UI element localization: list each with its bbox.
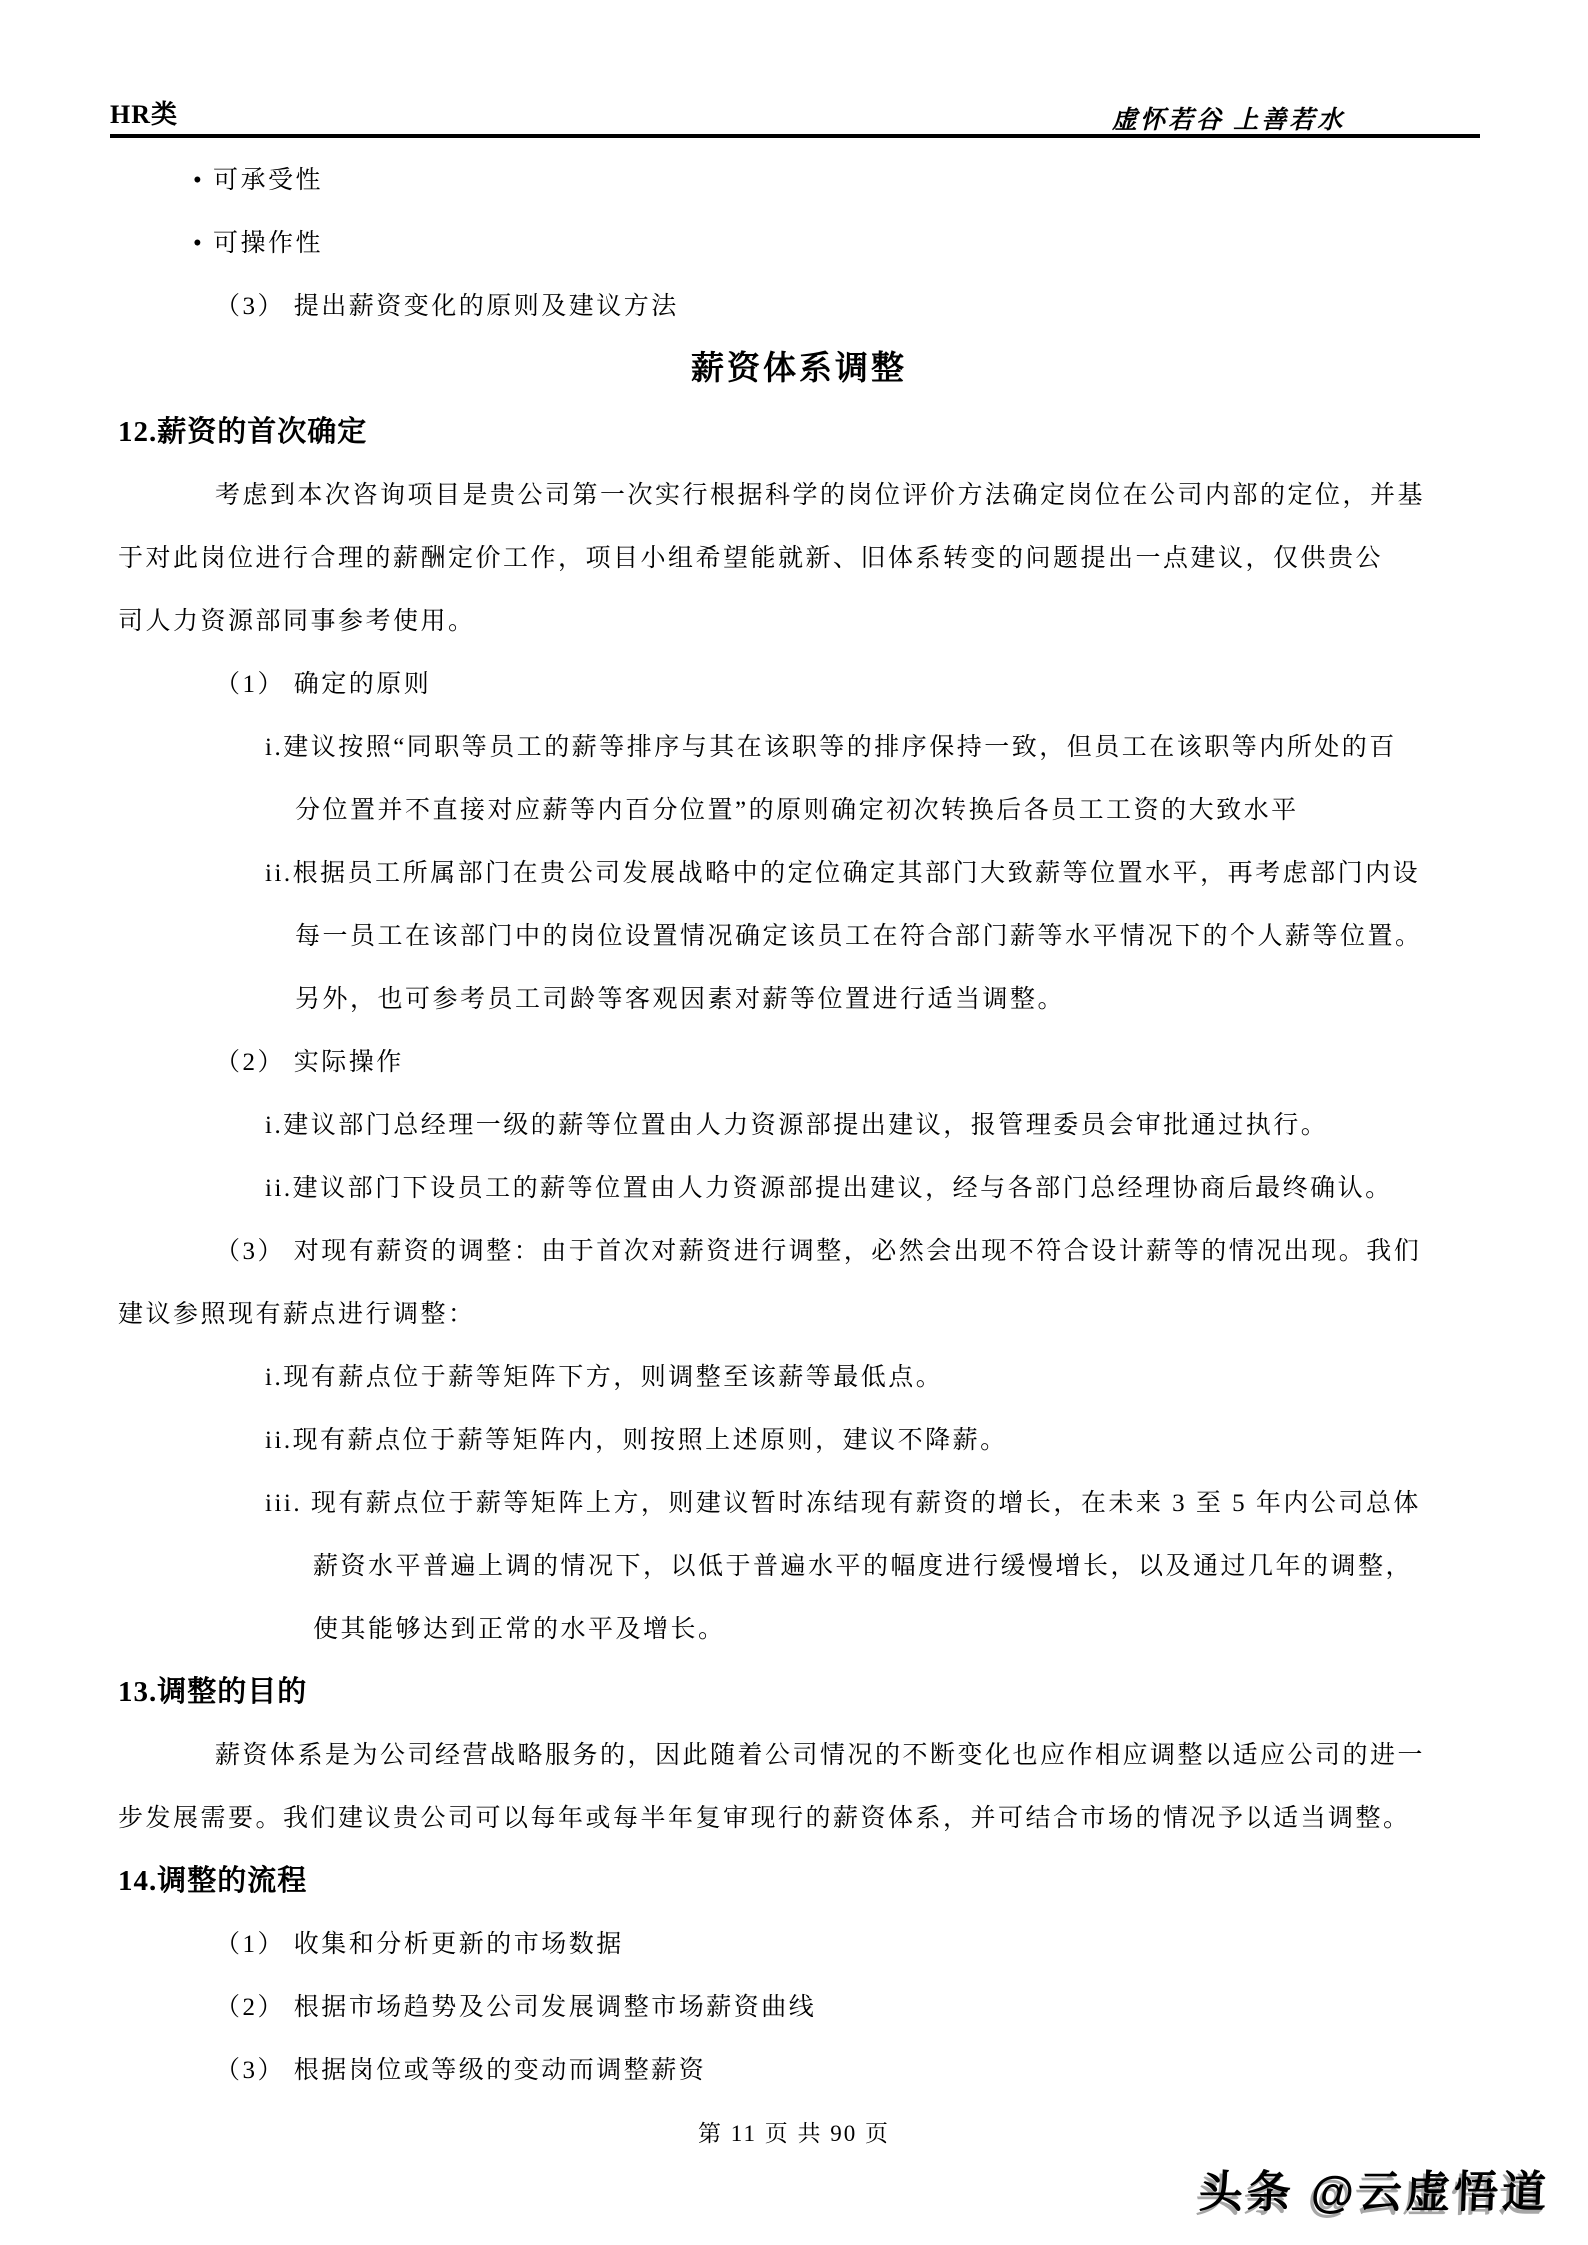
- doc-line: i.建议部门总经理一级的薪等位置由人力资源部提出建议，报管理委员会审批通过执行。: [118, 1094, 1480, 1157]
- document-body: • 可承受性• 可操作性（3） 提出薪资变化的原则及建议方法薪资体系调整12.薪…: [118, 149, 1480, 2102]
- header-divider-line: [110, 134, 1480, 138]
- doc-line: 使其能够达到正常的水平及增长。: [118, 1598, 1480, 1661]
- doc-line: 另外，也可参考员工司龄等客观因素对薪等位置进行适当调整。: [118, 968, 1480, 1031]
- doc-line: 建议参照现有薪点进行调整：: [118, 1283, 1480, 1346]
- doc-line: i.现有薪点位于薪等矩阵下方，则调整至该薪等最低点。: [118, 1346, 1480, 1409]
- doc-line: （3） 提出薪资变化的原则及建议方法: [118, 275, 1480, 338]
- doc-line: 14.调整的流程: [118, 1850, 1480, 1913]
- doc-line: ii.根据员工所属部门在贵公司发展战略中的定位确定其部门大致薪等位置水平，再考虑…: [118, 842, 1480, 905]
- doc-line: • 可操作性: [118, 212, 1480, 275]
- doc-line: ii.建议部门下设员工的薪等位置由人力资源部提出建议，经与各部门总经理协商后最终…: [118, 1157, 1480, 1220]
- document-page: HR类 虚怀若谷 上善若水 • 可承受性• 可操作性（3） 提出薪资变化的原则及…: [0, 0, 1588, 2245]
- doc-line: ii.现有薪点位于薪等矩阵内，则按照上述原则，建议不降薪。: [118, 1409, 1480, 1472]
- header-category-label: HR类: [110, 94, 178, 131]
- doc-line: 于对此岗位进行合理的薪酬定价工作，项目小组希望能就新、旧体系转变的问题提出一点建…: [118, 527, 1480, 590]
- doc-line: 每一员工在该部门中的岗位设置情况确定该员工在符合部门薪等水平情况下的个人薪等位置…: [118, 905, 1480, 968]
- doc-line: （3） 对现有薪资的调整：由于首次对薪资进行调整，必然会出现不符合设计薪等的情况…: [118, 1220, 1480, 1283]
- doc-line: iii. 现有薪点位于薪等矩阵上方，则建议暂时冻结现有薪资的增长，在未来 3 至…: [118, 1472, 1480, 1535]
- doc-line: 分位置并不直接对应薪等内百分位置”的原则确定初次转换后各员工工资的大致水平: [118, 779, 1480, 842]
- doc-line: （2） 实际操作: [118, 1031, 1480, 1094]
- doc-line: 薪资体系是为公司经营战略服务的，因此随着公司情况的不断变化也应作相应调整以适应公…: [118, 1724, 1480, 1787]
- watermark-text: 头条 @云虚悟道: [1198, 2156, 1551, 2220]
- doc-line: 司人力资源部同事参考使用。: [118, 590, 1480, 653]
- doc-line: （2） 根据市场趋势及公司发展调整市场薪资曲线: [118, 1976, 1480, 2039]
- header-motto: 虚怀若谷 上善若水: [1112, 100, 1345, 136]
- doc-line: i.建议按照“同职等员工的薪等排序与其在该职等的排序保持一致，但员工在该职等内所…: [118, 716, 1480, 779]
- doc-line: 步发展需要。我们建议贵公司可以每年或每半年复审现行的薪资体系，并可结合市场的情况…: [118, 1787, 1480, 1850]
- doc-line: 薪资体系调整: [118, 338, 1480, 401]
- doc-line: • 可承受性: [118, 149, 1480, 212]
- doc-line: 薪资水平普遍上调的情况下，以低于普遍水平的幅度进行缓慢增长，以及通过几年的调整，: [118, 1535, 1480, 1598]
- doc-line: 12.薪资的首次确定: [118, 401, 1480, 464]
- doc-line: 考虑到本次咨询项目是贵公司第一次实行根据科学的岗位评价方法确定岗位在公司内部的定…: [118, 464, 1480, 527]
- doc-line: （1） 收集和分析更新的市场数据: [118, 1913, 1480, 1976]
- doc-line: （3） 根据岗位或等级的变动而调整薪资: [118, 2039, 1480, 2102]
- doc-line: 13.调整的目的: [118, 1661, 1480, 1724]
- doc-line: （1） 确定的原则: [118, 653, 1480, 716]
